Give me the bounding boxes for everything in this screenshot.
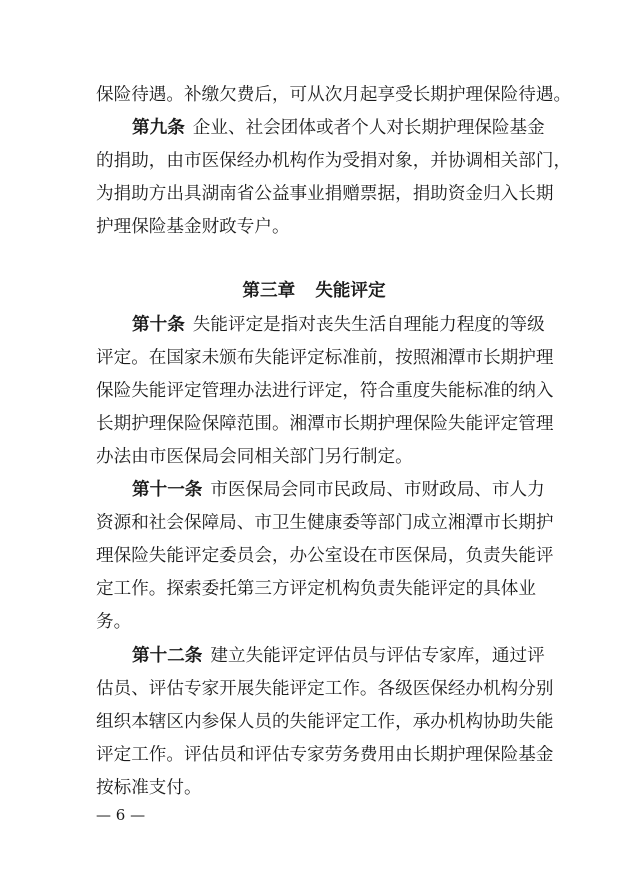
paragraph-text: 建立失能评定评估员与评估专家库，通过评	[210, 646, 544, 666]
paragraph-line: 的捐助，由市医保经办机构作为受捐对象，并协调相关部门，	[96, 149, 536, 173]
chapter-heading: 第三章失能评定	[0, 279, 628, 303]
article-12-first-line: 第十二条建立失能评定评估员与评估专家库，通过评	[132, 644, 536, 668]
paragraph-line: 评定工作。评估员和评估专家劳务费用由长期护理保险基金	[96, 743, 536, 767]
article-11-first-line: 第十一条市医保局会同市民政局、市财政局、市人力	[132, 478, 536, 502]
page-number: — 6 —	[96, 804, 145, 826]
article-label: 第十条	[132, 315, 185, 335]
paragraph-line: 资源和社会保障局、市卫生健康委等部门成立湘潭市长期护	[96, 511, 536, 535]
paragraph-text: 市医保局会同市民政局、市财政局、市人力	[210, 480, 544, 500]
paragraph-line: 长期护理保险保障范围。湘潭市长期护理保险失能评定管理	[96, 412, 536, 436]
article-label: 第十一条	[132, 480, 202, 500]
paragraph-line: 保险待遇。补缴欠费后，可从次月起享受长期护理保险待遇。	[96, 83, 536, 107]
paragraph-line: 估员、评估专家开展失能评定工作。各级医保经办机构分别	[96, 677, 536, 701]
paragraph-line: 理保险失能评定委员会，办公室设在市医保局，负责失能评	[96, 544, 536, 568]
paragraph-line: 为捐助方出具湖南省公益事业捐赠票据，捐助资金归入长期	[96, 182, 536, 206]
article-label: 第九条	[132, 118, 185, 138]
article-10-first-line: 第十条失能评定是指对丧失生活自理能力程度的等级	[132, 313, 536, 337]
document-page: 保险待遇。补缴欠费后，可从次月起享受长期护理保险待遇。 第九条企业、社会团体或者…	[0, 0, 628, 888]
paragraph-text: 失能评定是指对丧失生活自理能力程度的等级	[193, 315, 545, 335]
paragraph-line: 定工作。探索委托第三方评定机构负责失能评定的具体业	[96, 577, 536, 601]
paragraph-line: 按标准支付。	[96, 776, 536, 800]
paragraph-line: 护理保险基金财政专户。	[96, 215, 536, 239]
paragraph-line: 评定。在国家未颁布失能评定标准前，按照湘潭市长期护理	[96, 346, 536, 370]
paragraph-line: 务。	[96, 610, 536, 634]
article-9-first-line: 第九条企业、社会团体或者个人对长期护理保险基金	[132, 116, 536, 140]
chapter-number: 第三章	[242, 281, 295, 301]
article-label: 第十二条	[132, 646, 202, 666]
paragraph-line: 办法由市医保局会同相关部门另行制定。	[96, 445, 536, 469]
chapter-title: 失能评定	[315, 281, 385, 301]
paragraph-text: 企业、社会团体或者个人对长期护理保险基金	[193, 118, 545, 138]
paragraph-line: 保险失能评定管理办法进行评定，符合重度失能标准的纳入	[96, 379, 536, 403]
paragraph-line: 组织本辖区内参保人员的失能评定工作，承办机构协助失能	[96, 710, 536, 734]
